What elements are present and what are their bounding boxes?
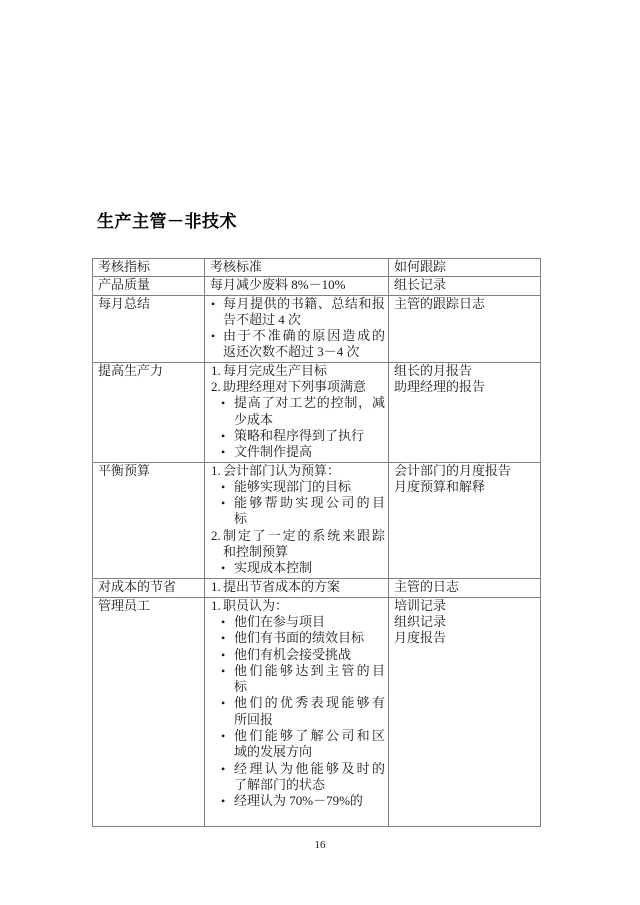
assessment-table: 考核指标 考核标准 如何跟踪 产品质量每月减少废料 8%－10%组长记录每月总结… (92, 258, 541, 827)
criteria-item: 1.职员认为： (210, 598, 385, 614)
number-marker: 1. (211, 363, 221, 379)
criteria-line: 他们的优秀表现能够有 (234, 695, 385, 711)
table-body: 产品质量每月减少废料 8%－10%组长记录每月总结•每月提供的书籍、总结和报告不… (93, 277, 541, 826)
criteria-line: 每月提供的书籍、总结和报 (223, 296, 385, 312)
number-marker: 1. (211, 463, 221, 479)
indicator-cell: 产品质量 (93, 277, 205, 295)
bullet-icon: • (221, 560, 225, 576)
tracking-line: 组织记录 (394, 614, 537, 630)
criteria-item: •经理认为 70%－79%的 (210, 793, 385, 809)
tracking-line: 月度报告 (394, 630, 537, 646)
criteria-line: 提高了对工艺的控制，减 (234, 395, 385, 411)
criteria-line: 由于不准确的原因造成的 (223, 328, 385, 344)
criteria-line: 少成本 (234, 412, 385, 428)
tracking-line: 培训记录 (394, 598, 537, 614)
tracking-line: 主管的跟踪日志 (394, 296, 537, 312)
table-row: 每月总结•每月提供的书籍、总结和报告不超过 4 次•由于不准确的原因造成的返还次… (93, 295, 541, 362)
tracking-cell: 主管的跟踪日志 (389, 295, 541, 362)
criteria-cell: •每月提供的书籍、总结和报告不超过 4 次•由于不准确的原因造成的返还次数不超过… (205, 295, 389, 362)
criteria-line: 会计部门认为预算： (223, 463, 385, 479)
criteria-line: 返还次数不超过 3－4 次 (223, 344, 385, 360)
bullet-icon: • (221, 761, 225, 777)
bullet-icon: • (221, 395, 225, 411)
number-marker: 2. (211, 379, 221, 395)
criteria-item: 2.制定了一定的系统来跟踪和控制预算 (210, 528, 385, 561)
criteria-item: 1.每月完成生产目标 (210, 363, 385, 379)
table-row: 对成本的节省1.提出节省成本的方案主管的日志 (93, 578, 541, 597)
criteria-item: •他们有书面的绩效目标 (210, 630, 385, 646)
tracking-line: 组长记录 (394, 277, 537, 293)
bullet-icon: • (221, 728, 225, 744)
table-row: 提高生产力1.每月完成生产目标2.助理经理对下列事项满意•提高了对工艺的控制，减… (93, 362, 541, 462)
criteria-item: •实现成本控制 (210, 560, 385, 576)
criteria-line: 他们在参与项目 (234, 614, 385, 630)
document-page: 生产主管－非技术 考核指标 考核标准 如何跟踪 产品质量每月减少废料 8%－10… (0, 0, 640, 905)
criteria-item: •他们的优秀表现能够有所回报 (210, 695, 385, 728)
tracking-cell: 组长的月报告助理经理的报告 (389, 362, 541, 462)
criteria-line: 实现成本控制 (234, 560, 385, 576)
criteria-item: 每月减少废料 8%－10% (210, 277, 385, 293)
criteria-line: 文件制作提高 (234, 444, 385, 460)
criteria-line: 告不超过 4 次 (223, 312, 385, 328)
criteria-line: 能够实现部门的目标 (234, 479, 385, 495)
bullet-icon: • (221, 428, 225, 444)
criteria-item: •提高了对工艺的控制，减少成本 (210, 395, 385, 428)
table-row: 管理员工1.职员认为：•他们在参与项目•他们有书面的绩效目标•他们有机会接受挑战… (93, 597, 541, 826)
bullet-icon: • (221, 444, 225, 460)
criteria-cell: 1.每月完成生产目标2.助理经理对下列事项满意•提高了对工艺的控制，减少成本•策… (205, 362, 389, 462)
bullet-icon: • (221, 495, 225, 511)
criteria-line: 标 (234, 511, 385, 527)
criteria-item: •每月提供的书籍、总结和报告不超过 4 次 (210, 296, 385, 329)
number-marker: 1. (211, 579, 221, 595)
criteria-line: 经理认为他能够及时的 (234, 761, 385, 777)
criteria-line: 职员认为： (223, 598, 385, 614)
criteria-item: •能够帮助实现公司的目标 (210, 495, 385, 528)
table-row: 产品质量每月减少废料 8%－10%组长记录 (93, 277, 541, 295)
header-criteria: 考核标准 (205, 259, 389, 277)
criteria-line: 他们有机会接受挑战 (234, 647, 385, 663)
bullet-icon: • (221, 695, 225, 711)
criteria-cell: 每月减少废料 8%－10% (205, 277, 389, 295)
criteria-line: 他们能够达到主管的目 (234, 663, 385, 679)
bullet-icon: • (221, 793, 225, 809)
criteria-line: 域的发展方向 (234, 744, 385, 760)
criteria-line: 策略和程序得到了执行 (234, 428, 385, 444)
criteria-item: •由于不准确的原因造成的返还次数不超过 3－4 次 (210, 328, 385, 361)
page-number: 16 (0, 839, 640, 851)
page-title: 生产主管－非技术 (97, 207, 237, 232)
indicator-cell: 对成本的节省 (93, 578, 205, 597)
bullet-icon: • (211, 296, 215, 312)
table-row: 平衡预算1.会计部门认为预算：•能够实现部门的目标•能够帮助实现公司的目标2.制… (93, 462, 541, 578)
table-header-row: 考核指标 考核标准 如何跟踪 (93, 259, 541, 277)
criteria-line: 每月完成生产目标 (223, 363, 385, 379)
criteria-item: •他们能够了解公司和区域的发展方向 (210, 728, 385, 761)
number-marker: 2. (211, 528, 221, 544)
header-indicator: 考核指标 (93, 259, 205, 277)
criteria-item: •文件制作提高 (210, 444, 385, 460)
tracking-line: 会计部门的月度报告 (394, 463, 537, 479)
criteria-line: 他们能够了解公司和区 (234, 728, 385, 744)
bullet-icon: • (221, 647, 225, 663)
criteria-line: 助理经理对下列事项满意 (223, 379, 385, 395)
bullet-icon: • (221, 663, 225, 679)
criteria-line: 他们有书面的绩效目标 (234, 630, 385, 646)
criteria-line: 了解部门的状态 (234, 777, 385, 793)
tracking-cell: 组长记录 (389, 277, 541, 295)
criteria-cell: 1.提出节省成本的方案 (205, 578, 389, 597)
indicator-cell: 平衡预算 (93, 462, 205, 578)
bullet-icon: • (221, 479, 225, 495)
header-tracking: 如何跟踪 (389, 259, 541, 277)
tracking-cell: 主管的日志 (389, 578, 541, 597)
criteria-item: •策略和程序得到了执行 (210, 428, 385, 444)
criteria-item: 1.会计部门认为预算： (210, 463, 385, 479)
bullet-icon: • (211, 328, 215, 344)
criteria-line: 和控制预算 (223, 544, 385, 560)
tracking-line: 组长的月报告 (394, 363, 537, 379)
criteria-line: 能够帮助实现公司的目 (234, 495, 385, 511)
tracking-line: 月度预算和解释 (394, 479, 537, 495)
tracking-line: 助理经理的报告 (394, 379, 537, 395)
criteria-line: 制定了一定的系统来跟踪 (223, 528, 385, 544)
criteria-line: 每月减少废料 8%－10% (210, 277, 385, 293)
indicator-cell: 每月总结 (93, 295, 205, 362)
indicator-cell: 管理员工 (93, 597, 205, 826)
criteria-item: •能够实现部门的目标 (210, 479, 385, 495)
tracking-cell: 会计部门的月度报告月度预算和解释 (389, 462, 541, 578)
criteria-line: 所回报 (234, 712, 385, 728)
criteria-line: 提出节省成本的方案 (223, 579, 385, 595)
criteria-cell: 1.会计部门认为预算：•能够实现部门的目标•能够帮助实现公司的目标2.制定了一定… (205, 462, 389, 578)
tracking-line: 主管的日志 (394, 579, 537, 595)
bullet-icon: • (221, 614, 225, 630)
criteria-item: 2.助理经理对下列事项满意 (210, 379, 385, 395)
criteria-line: 标 (234, 679, 385, 695)
criteria-item: •他们能够达到主管的目标 (210, 663, 385, 696)
criteria-item: •经理认为他能够及时的了解部门的状态 (210, 761, 385, 794)
criteria-item: •他们在参与项目 (210, 614, 385, 630)
criteria-line: 经理认为 70%－79%的 (234, 793, 385, 809)
criteria-item: •他们有机会接受挑战 (210, 647, 385, 663)
criteria-cell: 1.职员认为：•他们在参与项目•他们有书面的绩效目标•他们有机会接受挑战•他们能… (205, 597, 389, 826)
indicator-cell: 提高生产力 (93, 362, 205, 462)
tracking-cell: 培训记录组织记录月度报告 (389, 597, 541, 826)
bullet-icon: • (221, 630, 225, 646)
criteria-item: 1.提出节省成本的方案 (210, 579, 385, 595)
number-marker: 1. (211, 598, 221, 614)
